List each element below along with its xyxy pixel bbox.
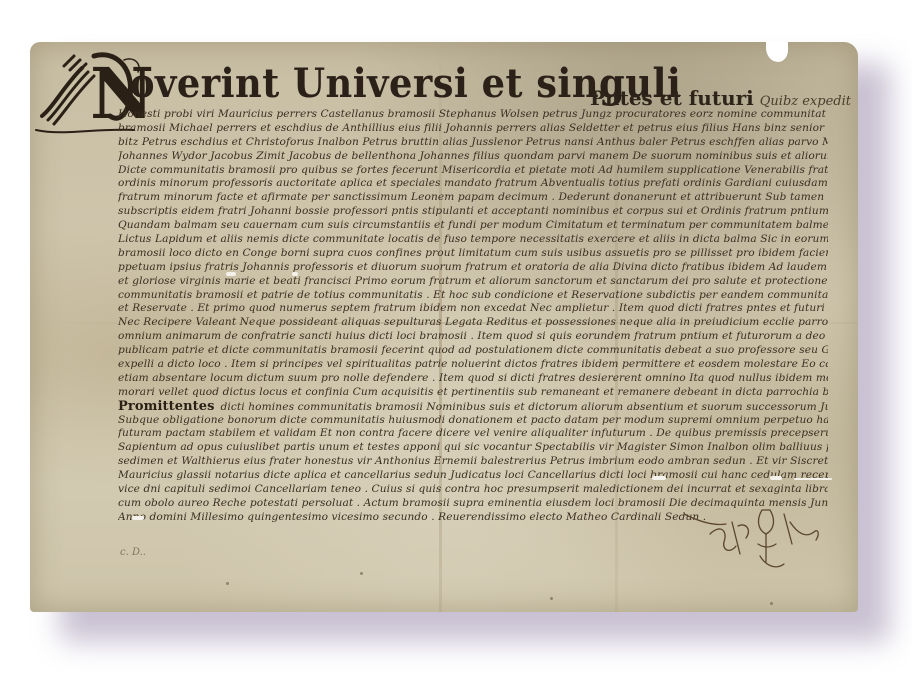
text-line: Sapientum ad opus cuiuslibet partis unum…: [118, 441, 828, 455]
text-line: etiam absentare locum dictum suum pro no…: [118, 372, 828, 386]
text-line: ordinis minorum professoris auctoritate …: [118, 177, 828, 191]
parchment-crack: [794, 478, 832, 480]
document-body: Honesti probi viri Mauricius perrers Cas…: [118, 108, 828, 525]
text-line-promittentes: Promittentesdicti homines communitatis b…: [118, 400, 828, 414]
text-line: communitatis bramosii et patrie de totiu…: [118, 289, 828, 303]
faint-marginal-mark: c. D..: [120, 547, 146, 558]
parchment-hole: [292, 272, 298, 276]
text-line: Mauricius glassii notarius dicte aplica …: [118, 469, 828, 483]
text-line: futuram pactam stabilem et validam Et no…: [118, 427, 828, 441]
parchment-hole: [132, 516, 144, 520]
text-line: subscriptis eidem fratri Johanni bossie …: [118, 205, 828, 219]
text-line: bramosii Michael perrers et eschdius de …: [118, 122, 828, 136]
text-line: Dicte communitatis bramosii pro quibus s…: [118, 164, 828, 178]
parchment-hole: [652, 476, 666, 480]
text-line-rest: dicti homines communitatis bramosii Nomi…: [221, 401, 828, 413]
text-line: Subque obligatione bonorum dicte communi…: [118, 414, 828, 428]
text-line: ppetuam ipsius fratris Johannis professo…: [118, 261, 828, 275]
heading-continuation: Pntes et futuriQuibz expedit: [590, 86, 851, 110]
text-line: fratrum minorum facte et afirmate per sa…: [118, 191, 828, 205]
notarial-signature-icon: [680, 504, 830, 574]
text-line: Nec Recipere Valeant Neque possideant al…: [118, 316, 828, 330]
text-line: Lictus Lapidum et aliis nemis dicte comm…: [118, 233, 828, 247]
text-line: bitz Petrus eschdius et Christoforus Ina…: [118, 136, 828, 150]
heading-rest: Quibz expedit: [760, 94, 851, 109]
parchment-hole: [226, 272, 236, 276]
text-line: morari vellet quod dictus locus et confi…: [118, 386, 828, 400]
heading-bold-words: Pntes et futuri: [590, 86, 754, 110]
parchment-document: N overint Universi et singuli Pntes et f…: [30, 42, 858, 612]
ink-speck: [770, 602, 773, 605]
text-line: Johannes Wydor Jacobus Zimit Jacobus de …: [118, 150, 828, 164]
text-line: sedimen et Walthierus eius frater honest…: [118, 455, 828, 469]
text-line: et Reservate . Et primo quod numerus sep…: [118, 302, 828, 316]
text-line: Honesti probi viri Mauricius perrers Cas…: [118, 108, 828, 122]
text-line: bramosii loco dicto en Conge borni supra…: [118, 247, 828, 261]
ink-speck: [360, 572, 363, 575]
lead-word: Promittentes: [118, 400, 215, 414]
text-line: Quandam balmam seu cauernam cum suis cir…: [118, 219, 828, 233]
text-line: vice dni capituli sedimoi Cancellariam t…: [118, 483, 828, 497]
ink-speck: [226, 582, 229, 585]
ink-speck: [550, 597, 553, 600]
text-line: publicam patrie et dicte communitatis br…: [118, 344, 828, 358]
text-line: expelli a dicto loco . Item si principes…: [118, 358, 828, 372]
text-line: et gloriose virginis marie et beati fran…: [118, 275, 828, 289]
text-line: omnium animarum de confratrie sancti hui…: [118, 330, 828, 344]
page-stage: N overint Universi et singuli Pntes et f…: [0, 0, 912, 678]
parchment-hole: [770, 476, 782, 480]
